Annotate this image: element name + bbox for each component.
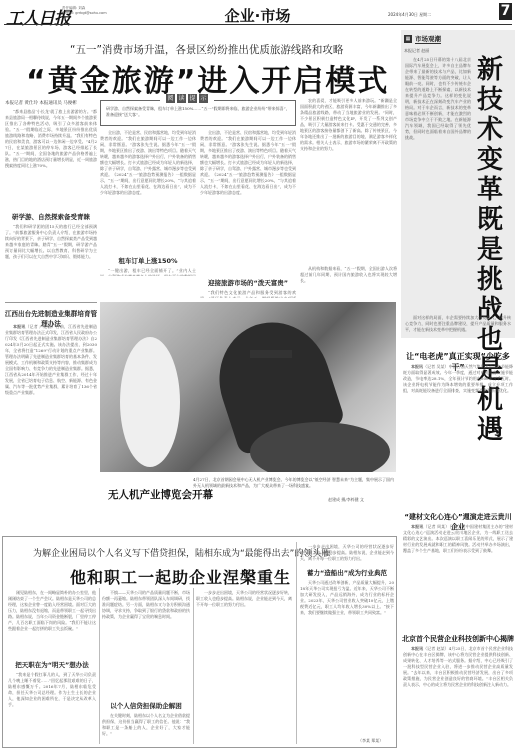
bottom-subhead-1: 把天职在为“明天”想办法	[8, 660, 96, 669]
dateline: 本报讯	[13, 324, 25, 329]
column-text: 在4月25日开幕的第十八届北京国际汽车展览会上，许多自主品牌车企带来了最新的技术…	[405, 57, 471, 315]
bottom-col2-text: 不慎——天华公司的产品质量问题不断，市场份额一再萎缩。陆相东带领团队深入车间调研…	[102, 590, 190, 690]
tips-char: 读	[177, 94, 186, 103]
bottom-subhead-3: 蓄力“造船出”成为行业典范	[300, 568, 394, 577]
lead-col3-text-2: “我们特色文化旅游产品和服务受到游客的欢迎，”景区负责人表示，今年五一期间将推出…	[200, 290, 296, 298]
bottom-col1-text: 刚见陆相东，在一间略显简朴的办公室里，他刚刚结束了一个生产会议。陆相东是天华公司…	[8, 590, 96, 658]
column-text-2: 面对这样的局面，车企需要持续加大研发投入，提升核心竞争力，同时也要注重品牌建设，…	[405, 315, 511, 337]
bottom-col3-text: 一步步走出困境，天华公司的经营状况逐步好转，职工收入也稳步提高。陆相东说，企业能…	[196, 590, 292, 744]
lead-subhead-1: 研学游、自然探索备受青睐	[5, 212, 97, 221]
photo-caption: 4月27日，北京首钢园会展中心无人机产业博览会。今年的博览会以“低空经济 智慧未…	[193, 477, 396, 489]
column-divider	[99, 588, 100, 744]
lead-col2-text-2: “一键出游，租车已经全面铺开了。”业内人士说，自驾游成为越来越多人的选择，租车平…	[100, 268, 196, 276]
tips-char: 提	[188, 94, 197, 103]
reading-tips-text: 研学游、自然探索备受青睐，租车订单上涨150%……“五一”假期即将来临，旅游企业…	[106, 106, 292, 118]
photo-banner	[250, 350, 292, 358]
column-byline: 本报记者 赵丽	[404, 48, 464, 54]
masthead-rule	[4, 24, 512, 25]
issue-date: 2024年4月30日 星期二	[388, 12, 431, 18]
lead-subhead-2: 租车订单上涨150%	[100, 256, 196, 265]
lead-col1-text: “都来县旅品‘小长龙’就了旅上出游游的方。”都来县旅游局一相聊待线说，今年五一期…	[5, 109, 97, 226]
photo-credit: 赵建成 摄/李梓健 文	[328, 497, 364, 503]
lead-subhead-3: 迎接旅游市场的“泼天富贵”	[200, 278, 296, 287]
lead-col1-text-2: “我们和研学团的团15天的旅行已经全部预满了。”前都旅游服务中心负责人介绍，在旅…	[5, 224, 97, 300]
bottom-col4-text: 一步步走出困境，天华公司的经营状况逐步好转，职工收入也稳步提高。陆相东说，企业能…	[300, 544, 394, 566]
lead-kicker: “五一”消费市场升温，各景区纷纷推出优质旅游线路和攻略	[70, 42, 343, 57]
column-divider	[296, 542, 297, 744]
lead-col2-text: 全出游，不论是营、民宿和露营地，均受到年轻消费者的欢迎。“我们在旅游期间可以一边…	[100, 130, 196, 258]
tips-char: 示	[199, 94, 208, 103]
page-number: 7	[499, 3, 512, 20]
brief-text-2: 本报讯（记者 周某）日前，由中国建材集团主办的“建材文化心连心”巡演活动走进云贵…	[403, 524, 513, 626]
bottom-col1-text-2: “我来是个假扛事儿的人，到了天华公司负责几个晚上睡不着觉……”回忆起那段艰难的日…	[8, 672, 96, 744]
column-divider	[193, 588, 194, 744]
bottom-credit: （李某 郑某）	[358, 738, 383, 744]
reading-tips-label: 阅 读 提 示	[160, 94, 214, 104]
market-column-tag: ▦ 市场观潮	[404, 34, 441, 44]
side-story-text: 本报讯（记者 卢沁涵）日前，江西省先进制造业集群培育管理办法正式印发，江西省人民…	[5, 324, 97, 510]
brief-text-1: 本报讯（记者 吴某）中国石油天然气集团某企业在节能降耗方面取得显著成效。今年一季…	[403, 364, 513, 472]
lead-col4-text: 农的喜爱，才能吸引更多人前来游玩。“新疆是全国面积最大的省区，旅游资源丰富，今年…	[300, 98, 397, 266]
photo-title: 无人机产业博览会开幕	[108, 487, 213, 502]
lead-col3-text: 全出游，不论是营、民宿和露营地，均受到年轻消费者的欢迎。“我们在旅游期间可以一边…	[200, 130, 296, 270]
bottom-subhead-2: 以个人信贷担保助企解困	[102, 701, 190, 710]
brief-headline-3: 北京首个民营企业科技创新中心揭牌	[401, 634, 515, 644]
bottom-kicker: 为解企业困局以个人名义写下借贷担保，陆相东成为“最能得出去”的领头雁	[33, 546, 330, 559]
lead-col4-text-2: 从机构和数据来看，“五一”假期，全国出游人次将超过前几年同期，预计国内旅游收入也…	[300, 266, 397, 296]
bottom-headline: 他和职工一起助企业涅槃重生	[70, 565, 291, 588]
tips-char: 阅	[166, 94, 175, 103]
bottom-col4-text-2: 天华公司通过改革创新，产品质量大幅提升，2018年天华公司实现扭亏为盈。近年来，…	[300, 580, 394, 738]
side-story-rule	[5, 302, 97, 303]
drone-expo-photo	[100, 302, 396, 472]
column-tag-label: 市场观潮	[415, 34, 441, 44]
column-tag-icon: ▦	[404, 35, 412, 43]
lead-byline: 本报记者 黄仕玲 本报通讯员 马俊彬	[5, 100, 77, 106]
bottom-col2-text-2: 在关键时刻，陆相东以个人名义为企业借款提供担保，这份担当赢得了职工的信任。他说：…	[102, 713, 190, 745]
section-title: 企业·市场	[0, 5, 515, 26]
brief-text-3: 本报讯（记者 赵某）4月25日，北京市首个民营企业科技创新中心在丰台区揭牌，该中…	[403, 646, 513, 746]
